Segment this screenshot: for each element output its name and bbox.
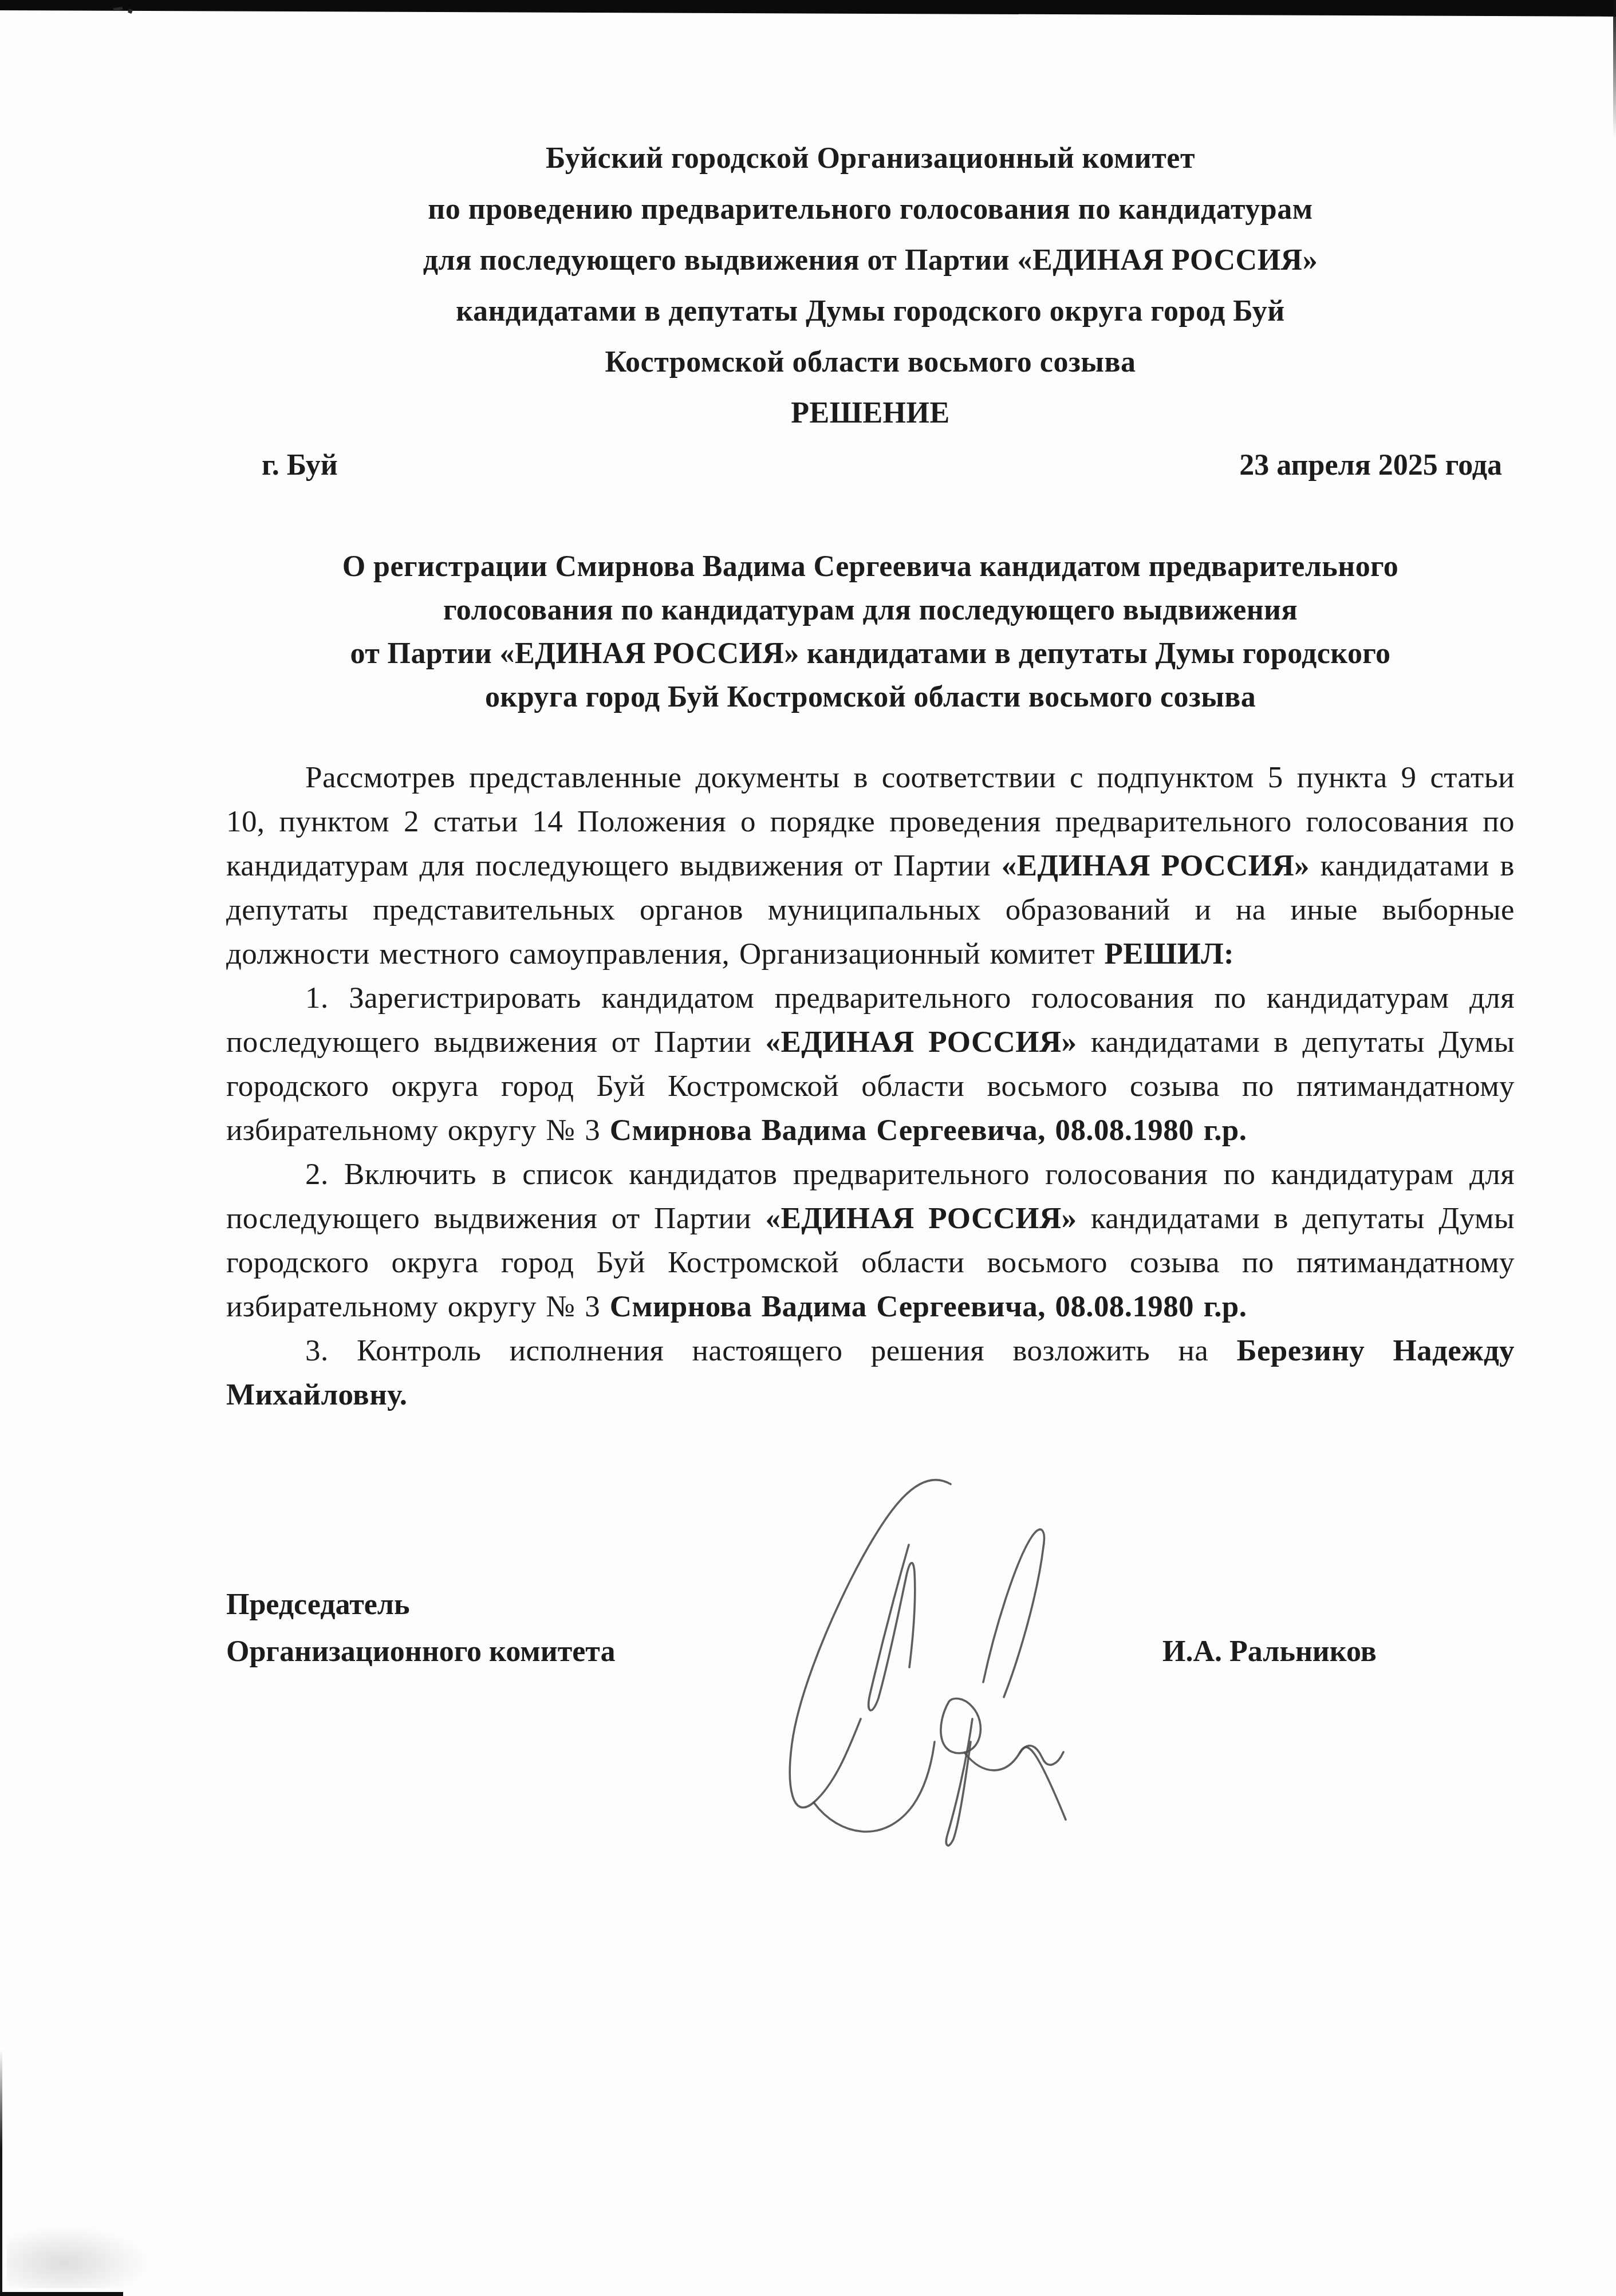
letterhead-line-1: Буйский городской Организационный комите… bbox=[226, 133, 1515, 184]
scan-edge-right-strip bbox=[1613, 0, 1616, 137]
date-label: 23 апреля 2025 года bbox=[1239, 440, 1502, 491]
letterhead-line-2: по проведению предварительного голосован… bbox=[226, 184, 1515, 235]
decision-item-3: 3. Контроль исполнения настоящего решени… bbox=[226, 1329, 1515, 1417]
decision-text: Рассмотрев представленные документы в со… bbox=[226, 756, 1515, 1417]
letterhead-line-3: для последующего выдвижения от Партии «Е… bbox=[226, 235, 1515, 286]
scan-smudge bbox=[7, 2225, 150, 2288]
letterhead-line-5: Костромской области восьмого созыва bbox=[226, 337, 1515, 388]
scan-speck bbox=[128, 9, 133, 14]
scan-edge-top-band bbox=[0, 0, 1616, 17]
document-type-title: РЕШЕНИЕ bbox=[226, 388, 1515, 439]
subject-line-2: голосования по кандидатурам для последую… bbox=[226, 589, 1515, 632]
preamble-paragraph: Рассмотрев представленные документы в со… bbox=[226, 756, 1515, 976]
place-label: г. Буй bbox=[262, 440, 338, 491]
decision-item-2: 2. Включить в список кандидатов предвари… bbox=[226, 1153, 1515, 1329]
scanned-document-page: Буйский городской Организационный комите… bbox=[0, 0, 1616, 2296]
scan-edge-left-strip bbox=[0, 2050, 2, 2296]
document-body: Буйский городской Организационный комите… bbox=[226, 133, 1515, 1417]
letterhead-line-4: кандидатами в депутаты Думы городского о… bbox=[226, 286, 1515, 337]
letterhead: Буйский городской Организационный комите… bbox=[226, 133, 1515, 439]
scan-edge-bottom-strip bbox=[0, 2292, 123, 2296]
dateline: г. Буй 23 апреля 2025 года bbox=[262, 440, 1502, 491]
subject-line-4: округа город Буй Костромской области вос… bbox=[226, 676, 1515, 719]
decision-item-1: 1. Зарегистрировать кандидатом предварит… bbox=[226, 976, 1515, 1153]
handwritten-signature-icon bbox=[776, 1454, 1074, 1855]
subject-line-3: от Партии «ЕДИНАЯ РОССИЯ» кандидатами в … bbox=[226, 632, 1515, 676]
subject-line-1: О регистрации Смирнова Вадима Сергеевича… bbox=[226, 545, 1515, 589]
subject-heading: О регистрации Смирнова Вадима Сергеевича… bbox=[226, 545, 1515, 719]
signer-name: И.А. Ральников bbox=[1162, 1628, 1377, 1675]
